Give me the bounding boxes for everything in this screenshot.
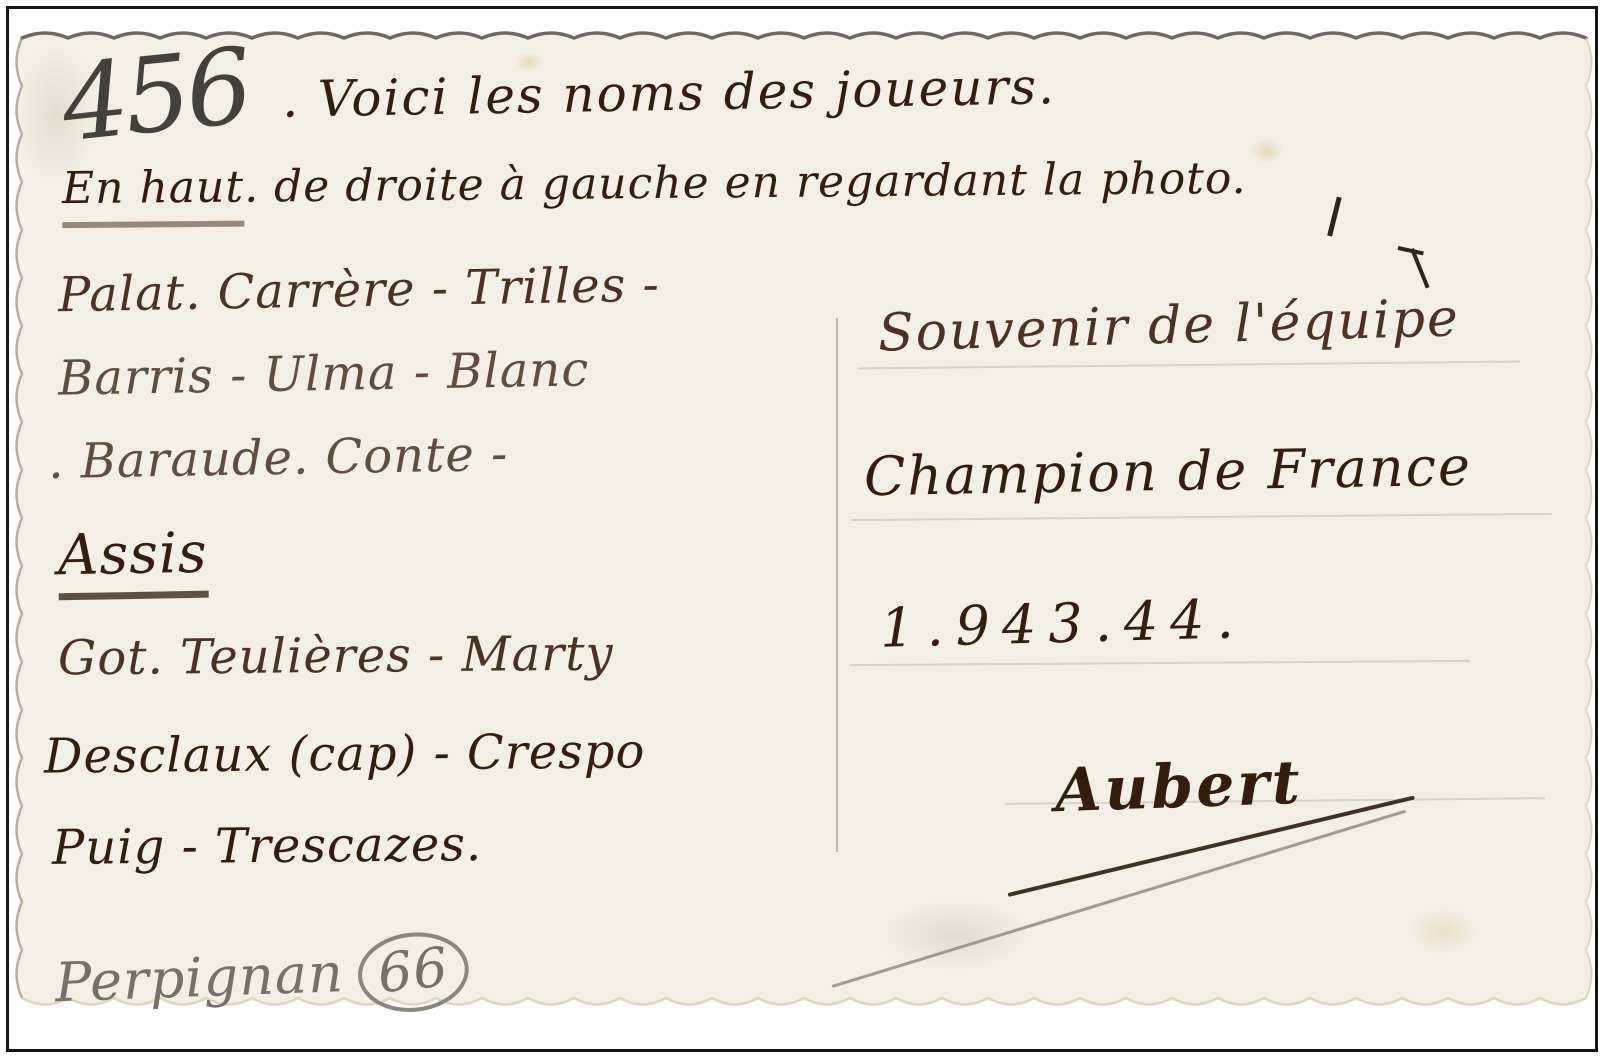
pencil-reference-number: 456 [56,25,254,166]
signature: Aubert [1054,748,1304,827]
champion-line: Champion de France [863,435,1472,509]
seated-players-line: Puig - Trescazes. [52,816,483,876]
standing-players-line: . Baraude. Conte - [48,426,509,490]
orientation-line: En haut. de droite à gauche en regardant… [62,153,1247,214]
scanned-postcard-back: 456 . Voici les noms des joueurs. En hau… [0,0,1604,1056]
standing-players-line: Barris - Ulma - Blanc [58,341,590,406]
orientation-underlined-part: En haut [62,162,245,229]
deckle-left-shadow [17,38,23,998]
postcard-divider-line [836,318,838,852]
orientation-rest-part: . de droite à gauche en regardant la pho… [244,153,1247,213]
seated-players-line: Got. Teulières - Marty [58,626,614,687]
pencil-location-text: Perpignan [54,941,345,1014]
seated-players-line: Desclaux (cap) - Crespo [44,723,646,784]
pencil-department-circled: 66 [354,927,472,1017]
pencil-location-note: Perpignan66 [54,931,470,1024]
seated-heading-text: Assis [57,521,208,601]
deckle-right-edge [1586,38,1592,998]
season-line: 1.943.44. [879,587,1246,660]
standing-players-line: Palat. Carrère - Trilles - [58,257,661,323]
seated-heading: Assis [57,521,208,589]
deckle-top-shadow [22,33,1586,38]
